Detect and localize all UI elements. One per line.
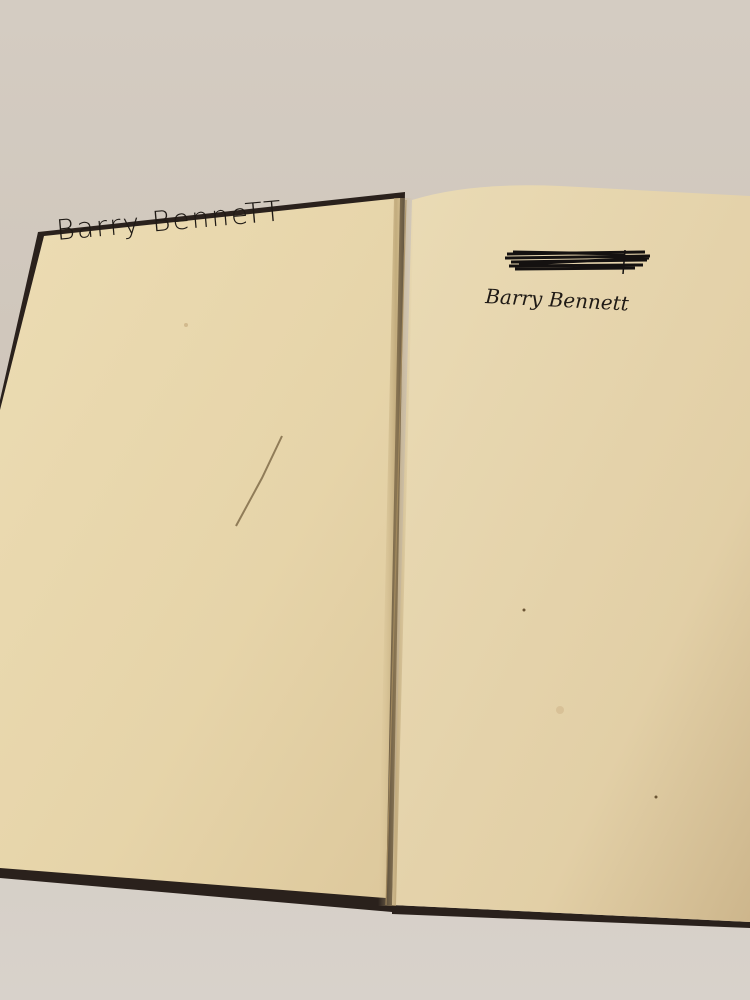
photo-scene: Barry BenneTT Barry Bennett bbox=[0, 0, 750, 1000]
left-page bbox=[0, 198, 400, 898]
crossed-out-scribble bbox=[505, 246, 655, 276]
book-illustration bbox=[0, 0, 750, 1000]
